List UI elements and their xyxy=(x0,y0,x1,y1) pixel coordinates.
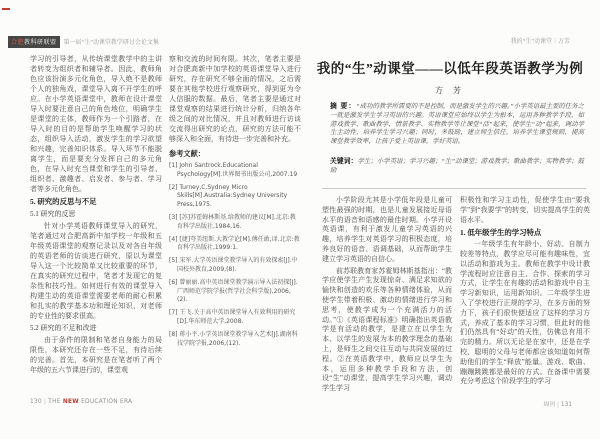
left-page-columns: 学习的引导者，从传统课堂教学中的主讲者转变为组织者和辅导者。因此，教师角色应该扮… xyxy=(30,54,302,377)
paragraph: 由于条件的限制和笔者自身能力的局限性，本研究还存在一些不足，有待后续的完善。首先… xyxy=(30,335,162,375)
reference-item: [6] 曾丽丽.高中英语课堂教学演示导入法初探[J].广西师范学院学报(哲学社会… xyxy=(169,279,301,305)
header-badge: 合肥教科研联盟 xyxy=(8,36,60,48)
subsection-heading-5-2: 5.2 研究的不足和改进 xyxy=(30,323,162,333)
abstract-divider-rule xyxy=(322,188,586,189)
reference-item: [5] 宋军.大学英语课堂教学导入的有效探索[J].中国校外教育,2009,(8… xyxy=(169,257,301,275)
right-page-number: 131 xyxy=(561,402,572,408)
reference-item: [4] [捷]夸美纽斯.大教学论[M].傅任敢,译.北京:教育科学出版社,199… xyxy=(169,236,301,254)
left-running-header: 合肥教科研联盟 第一届“生”动课堂教学研讨会论文集 xyxy=(8,36,159,48)
paragraph: 小学阶段尤其是小学低年段是儿童可塑性最强的时期，也是儿童发展接近母语水平的语音和… xyxy=(322,196,452,265)
author-name: 方 芳 xyxy=(308,85,592,96)
registration-mark xyxy=(2,8,10,10)
paragraph: 一年级学生有年龄小、好动、自制力较差等特点，教学应尽可能有趣味性，宜以活动和游戏… xyxy=(460,240,590,387)
article-title: 我的“生”动课堂——以低年段英语教学为例 xyxy=(308,57,592,77)
header-badge-white-text: 教科研联盟 xyxy=(24,40,57,46)
journal-name-part2: EDUCATION ERA xyxy=(79,399,132,405)
reference-item: [7] 王飞.关于高中英语课堂导入有效利用的研究[D].华东师范大学,2008. xyxy=(169,309,301,327)
right-page-column-1: 小学阶段尤其是小学低年段是儿童可塑性最强的时期，也是儿童发展接近母语水平的语音和… xyxy=(322,196,452,396)
left-page-column-2: 察和交流的时间有限。其次，笔者主要是对合肥高新中加学校的英语课堂导入进行研究，存… xyxy=(169,54,301,377)
paragraph: 学习的引导者，从传统课堂教学中的主讲者转变为组织者和辅导者。因此，教师角色应该扮… xyxy=(30,54,162,194)
section-heading-5: 5. 研究的反思与不足 xyxy=(30,197,162,207)
journal-label: 周刊 xyxy=(543,402,555,408)
left-page-column-1: 学习的引导者，从传统课堂教学中的主讲者转变为组织者和辅导者。因此，教师角色应该扮… xyxy=(30,54,162,377)
left-page-number: 130 xyxy=(30,399,42,405)
reference-item: [3] [苏]苏霍姆林斯基.给教师的建议[M].北京:教育科学出版社,1984,… xyxy=(169,214,301,232)
paragraph: 前苏联教育家苏霍姆林斯基指出：“教学应使学生产生发现惊奇、满足求知欲的愉快和创造… xyxy=(322,267,452,394)
right-running-header: 我的“生”动课堂｜万芳 xyxy=(511,36,570,45)
abstract-label: 摘 要： xyxy=(330,103,356,110)
reference-item: [8] 蒋小平.小学英语课堂教学导入艺术[J].湖南科技学院学报,2006,(1… xyxy=(169,331,301,349)
subsection-heading-5-1: 5.1 研究的反思 xyxy=(30,209,162,219)
scanned-paper-spread: 合肥教科研联盟 第一届“生”动课堂教学研讨会论文集 我的“生”动课堂｜万芳 学习… xyxy=(0,0,600,439)
journal-name-part1: THE xyxy=(48,399,63,405)
header-badge-red-text: 合肥 xyxy=(11,40,24,46)
paragraph: 针对小学英语教师课堂导入的研究，笔者通过对合肥高新中加学校一年级和五年级英语课堂… xyxy=(30,221,162,321)
right-page-column-2: 积极性和学习主动性，促使学生由“要我学”到“我要学”的转变，切实提高学生的英语水… xyxy=(460,196,590,396)
journal-name-highlight: NEW xyxy=(63,399,79,405)
paragraph: 积极性和学习主动性，促使学生由“要我学”到“我要学”的转变，切实提高学生的英语水… xyxy=(460,196,590,225)
keywords-block: 关键词：学生；小学英语；学习兴趣；“生”动课堂；游戏教学；歌曲教学；实物教学；鼓… xyxy=(330,158,584,176)
paragraph: 察和交流的时间有限。其次，笔者主要是对合肥高新中加学校的英语课堂导入进行研究，存… xyxy=(169,54,301,144)
section-heading-1: 1. 低年级学生的学习特点 xyxy=(460,228,590,238)
abstract-text: “成功的教学所需要的不是控制，而是激发学生的兴趣。”小学英语最主要的任务之一就是… xyxy=(330,103,584,145)
abstract-block: 摘 要：“成功的教学所需要的不是控制，而是激发学生的兴趣。”小学英语最主要的任务… xyxy=(330,103,584,147)
keywords-label: 关键词： xyxy=(330,158,357,165)
reference-item: [2] Turney,C.Sydney Micro Skills[M].Aust… xyxy=(169,184,301,210)
references-heading: 参考文献： xyxy=(169,149,301,159)
keywords-text: 学生；小学英语；学习兴趣；“生”动课堂；游戏教学；歌曲教学；实物教学；鼓励 xyxy=(330,158,584,174)
left-header-title: 第一届“生”动课堂教学研讨会论文集 xyxy=(64,37,159,46)
right-page-footer: 周刊|131 xyxy=(543,399,572,408)
reference-item: [1] John Santrock.Educational Psychology… xyxy=(169,162,301,180)
left-page-footer: 130|THE NEW EDUCATION ERA xyxy=(30,399,132,405)
right-page-columns: 小学阶段尤其是小学低年段是儿童可塑性最强的时期，也是儿童发展接近母语水平的语音和… xyxy=(322,196,590,396)
